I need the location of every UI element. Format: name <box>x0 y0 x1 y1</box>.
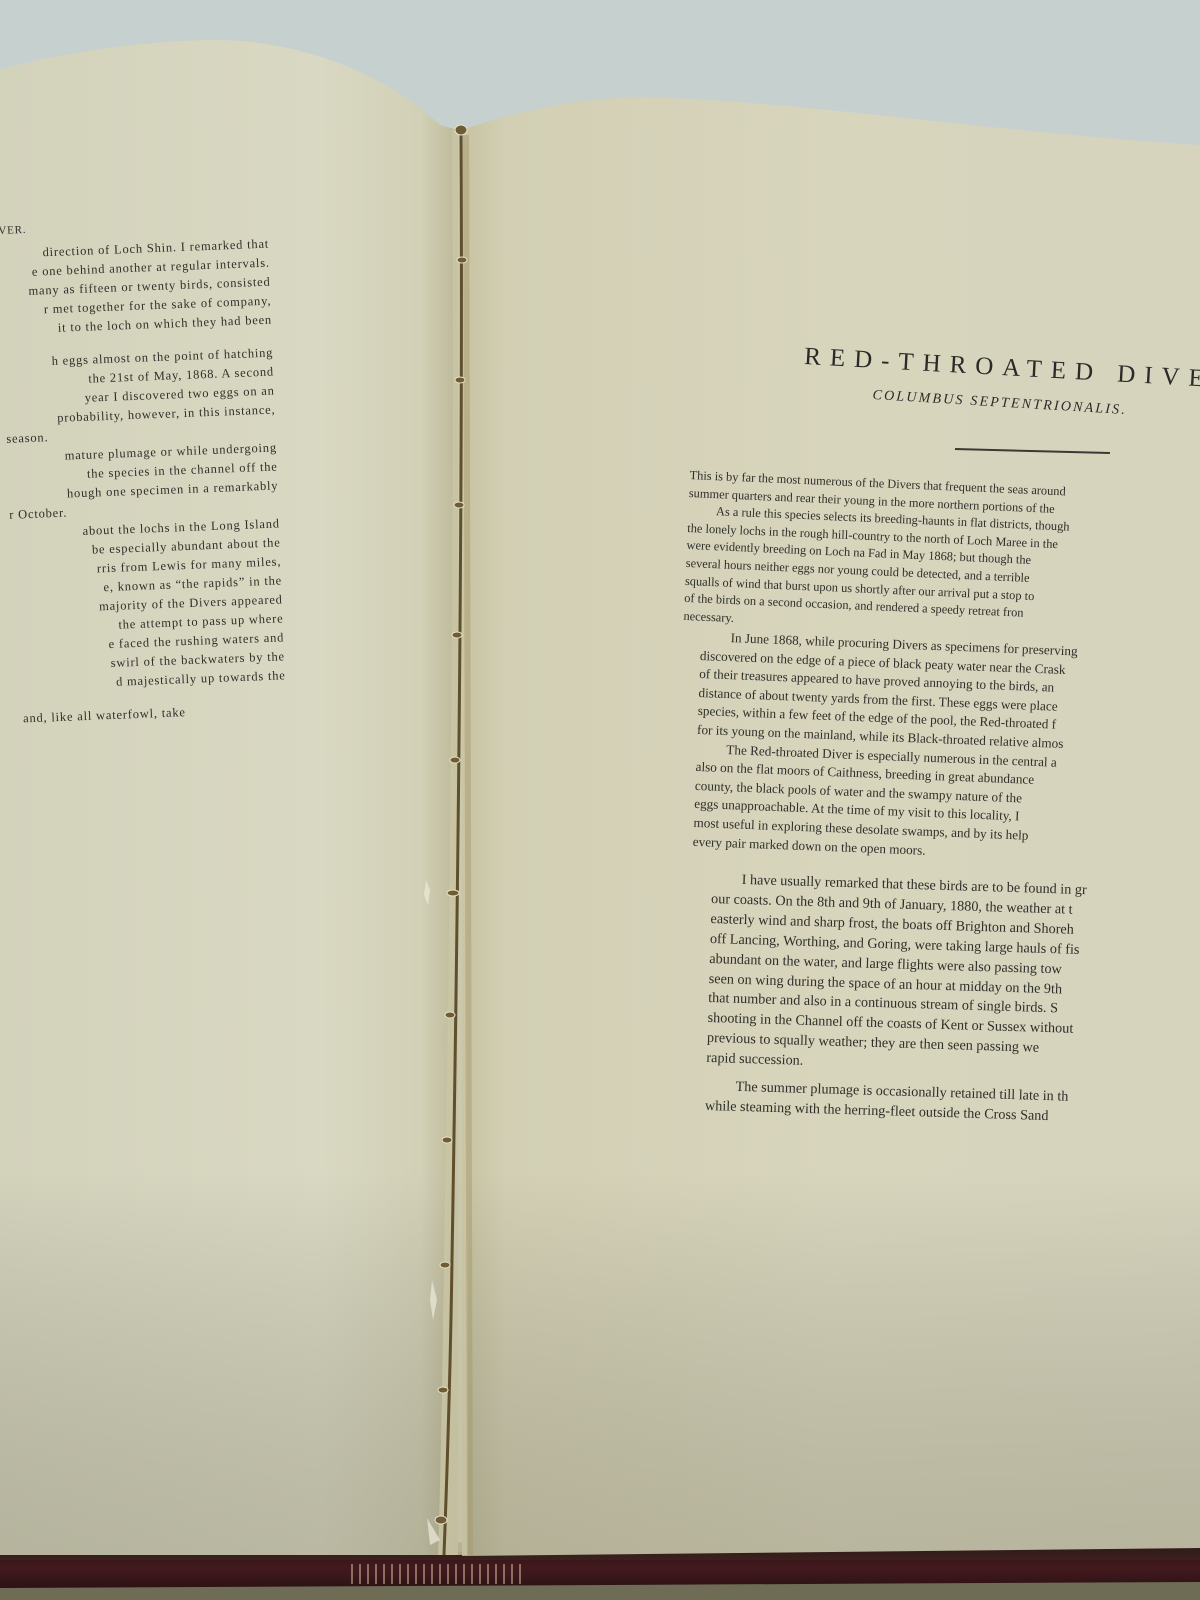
left-page-text: VER. direction of Loch Shin. I remarked … <box>0 211 297 728</box>
right-page-paragraphs-3: I have usually remarked that these birds… <box>705 870 1200 1133</box>
right-page-paragraphs-2: In June 1868, while procuring Divers as … <box>692 628 1200 872</box>
book-photo: VER. direction of Loch Shin. I remarked … <box>0 0 1200 1600</box>
right-page-paragraphs-1: This is by far the most numerous of the … <box>683 467 1200 650</box>
